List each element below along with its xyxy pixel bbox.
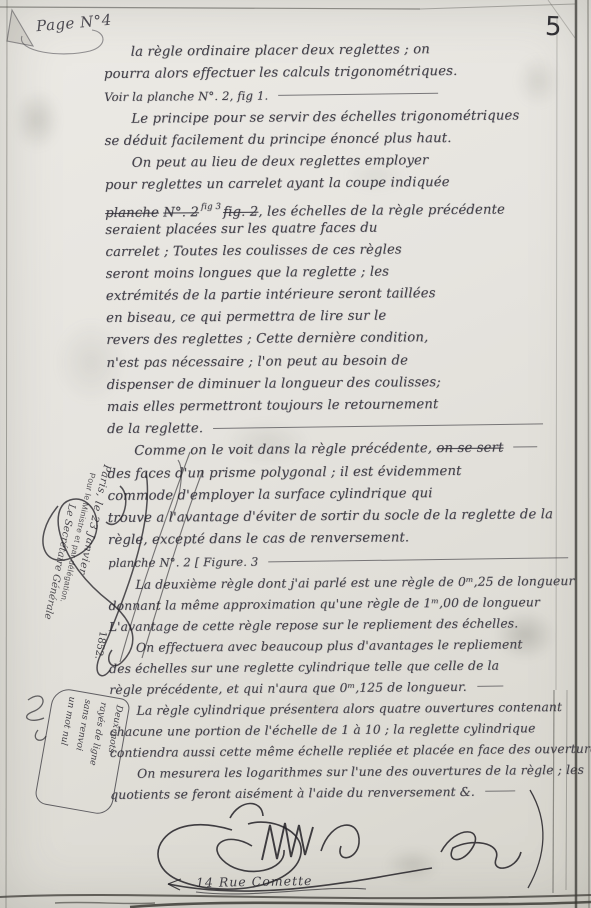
paper-stain xyxy=(14,90,60,150)
manuscript-line: On effectuera avec beaucoup plus d'avant… xyxy=(109,633,571,658)
stamp-year: 1852. xyxy=(92,630,108,660)
address-line: 14 Rue Comette xyxy=(196,873,313,890)
manuscript-line: trouve a l'avantage d'éviter de sortir d… xyxy=(108,504,570,530)
corner-page-label: Page N°4 xyxy=(35,11,112,36)
paper-stain xyxy=(385,848,440,882)
margin-squiggle xyxy=(27,696,46,740)
manuscript-line: Comme on le voit dans la règle précédent… xyxy=(107,437,569,463)
manuscript-line: quotients se feront aisément à l'aide du… xyxy=(110,780,572,805)
manuscript-line: Le principe pour se servir des échelles … xyxy=(104,105,566,131)
manuscript-page: Page N°4 5 la règle ordinaire placer deu… xyxy=(0,0,591,908)
bottom-crease-lines xyxy=(0,895,591,907)
manuscript-line: planche N°. 2fig 3fig. 2, les échelles d… xyxy=(105,193,567,219)
manuscript-body: la règle ordinaire placer deux reglettes… xyxy=(104,38,573,806)
